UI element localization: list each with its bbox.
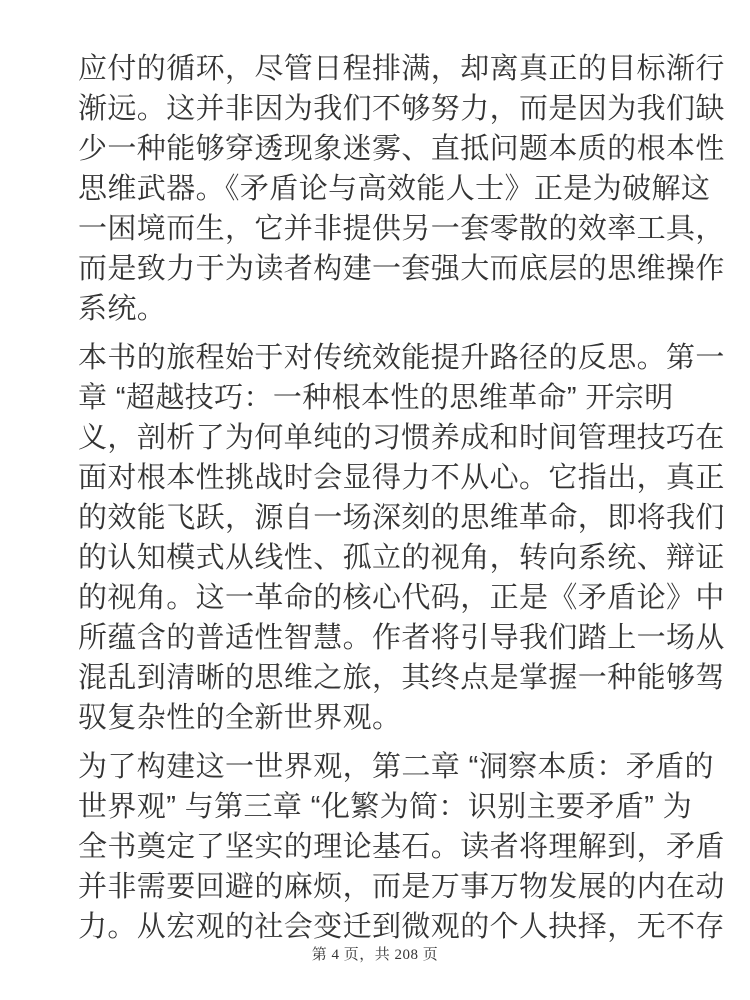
- text-line: 的认知模式从线性、孤立的视角，转向系统、辩证: [78, 538, 670, 578]
- page-number-footer: 第 4 页，共 208 页: [0, 944, 750, 966]
- text-line: 义，剖析了为何单纯的习惯养成和时间管理技巧在: [78, 418, 670, 458]
- text-line: 力。从宏观的社会变迁到微观的个人抉择，无不存: [78, 907, 670, 947]
- text-line: 驭复杂性的全新世界观。: [78, 698, 670, 738]
- text-line: 世界观” 与第三章 “化繁为简：识别主要矛盾” 为: [78, 787, 670, 827]
- text-line: 混乱到清晰的思维之旅，其终点是掌握一种能够驾: [78, 658, 670, 698]
- text-line: 本书的旅程始于对传统效能提升路径的反思。第一: [78, 338, 670, 378]
- text-line: 为了构建这一世界观，第二章 “洞察本质：矛盾的: [78, 747, 670, 787]
- text-line: 面对根本性挑战时会显得力不从心。它指出，真正: [78, 458, 670, 498]
- text-line: 一困境而生，它并非提供另一套零散的效率工具，: [78, 209, 670, 249]
- text-line: 所蕴含的普适性智慧。作者将引导我们踏上一场从: [78, 618, 670, 658]
- text-line: 并非需要回避的麻烦，而是万事万物发展的内在动: [78, 867, 670, 907]
- text-line: 的效能飞跃，源自一场深刻的思维革命，即将我们: [78, 498, 670, 538]
- text-line: 应付的循环，尽管日程排满，却离真正的目标渐行: [78, 49, 670, 89]
- paragraph: 为了构建这一世界观，第二章 “洞察本质：矛盾的 世界观” 与第三章 “化繁为简：…: [78, 747, 670, 947]
- text-line: 而是致力于为读者构建一套强大而底层的思维操作: [78, 249, 670, 289]
- text-line: 章 “超越技巧：一种根本性的思维革命” 开宗明: [78, 378, 670, 418]
- text-line: 全书奠定了坚实的理论基石。读者将理解到，矛盾: [78, 827, 670, 867]
- text-line: 系统。: [78, 289, 670, 329]
- text-line: 渐远。这并非因为我们不够努力，而是因为我们缺: [78, 89, 670, 129]
- text-line: 思维武器。《矛盾论与高效能人士》正是为破解这: [78, 169, 670, 209]
- text-line: 少一种能够穿透现象迷雾、直抵问题本质的根本性: [78, 129, 670, 169]
- document-page: 应付的循环，尽管日程排满，却离真正的目标渐行 渐远。这并非因为我们不够努力，而是…: [0, 0, 750, 1000]
- paragraph: 应付的循环，尽管日程排满，却离真正的目标渐行 渐远。这并非因为我们不够努力，而是…: [78, 49, 670, 329]
- document-body-text: 应付的循环，尽管日程排满，却离真正的目标渐行 渐远。这并非因为我们不够努力，而是…: [78, 49, 670, 956]
- paragraph: 本书的旅程始于对传统效能提升路径的反思。第一 章 “超越技巧：一种根本性的思维革…: [78, 338, 670, 738]
- text-line: 的视角。这一革命的核心代码，正是《矛盾论》中: [78, 578, 670, 618]
